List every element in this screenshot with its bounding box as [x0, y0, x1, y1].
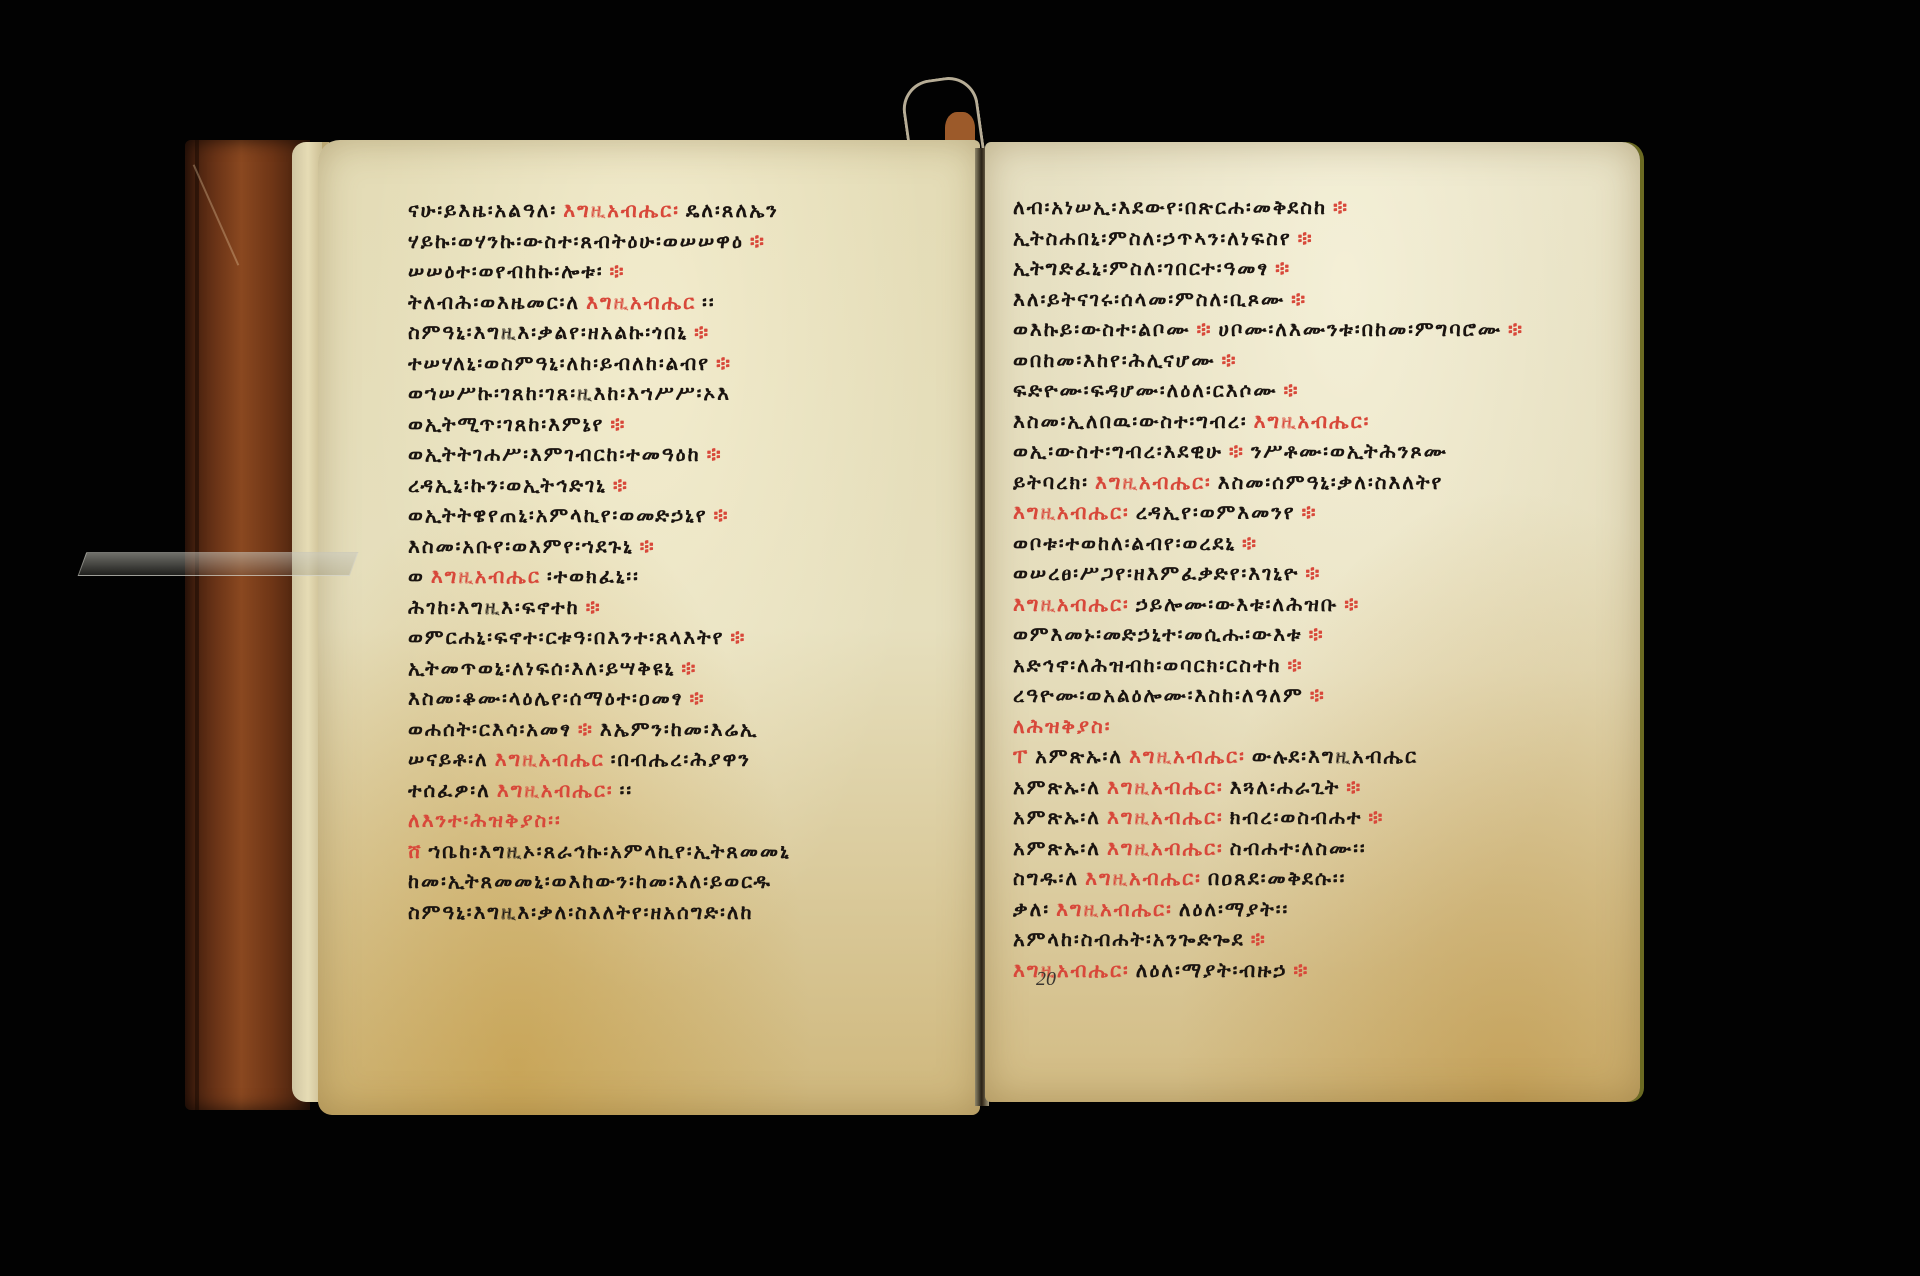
manuscript-line: ሸኀቤከ፡እግዚኦ፡ጸራኅኩ፡አምላኪየ፡ኢትጸመመኒ	[408, 836, 948, 867]
ink-text: ስምዓኒ፡እግዚእ፡ቃልየ፡ዘአልኩ፡ጎበኒ	[408, 323, 688, 341]
rubricated-text: ፨	[578, 720, 594, 738]
ink-text: ክብረ፡ወስብሐተ	[1230, 808, 1363, 826]
manuscript-line: ወእኩይ፡ውስተ፡ልቦሙ፨ሀቦሙ፡ለእሙንቱ፡በከመ፡ምግባሮሙ፨	[1013, 314, 1573, 345]
ink-text: አምጽኡ፡ለ	[1013, 778, 1101, 796]
rubricated-text: እግዚአብሔር፡	[497, 781, 614, 799]
rubricated-text: ፨	[1293, 961, 1309, 979]
rubricated-text: ፨	[1368, 808, 1384, 826]
right-page: ለብ፡አነሠኢ፡እደውየ፡በጽርሐ፡መቅደስከ፨ኢትስሐበኒ፡ምስለ፡ኃጥኣን፡…	[985, 142, 1640, 1102]
rubricated-text: ፨	[714, 506, 730, 524]
rubricated-text: ሸ	[408, 842, 422, 860]
ink-text: በዐጸደ፡መቅደሱ፡፡	[1208, 869, 1347, 887]
rubricated-text: ፨	[750, 232, 766, 250]
right-page-text: ለብ፡አነሠኢ፡እደውየ፡በጽርሐ፡መቅደስከ፨ኢትስሐበኒ፡ምስለ፡ኃጥኣን፡…	[1013, 192, 1573, 985]
manuscript-line: ወእግዚአብሔር፡ተወክፈኒ፡፡	[408, 561, 948, 592]
ink-text: ዴለ፡ጸለኤን	[686, 201, 779, 219]
ink-text: ሠሠዕተ፡ወየብከኩ፡ሎቱ፡	[408, 262, 604, 280]
rubricated-text: ፨	[1309, 625, 1325, 643]
manuscript-line: እስመ፡ኢለበዉ፡ውስተ፡ግብረ፡እግዚአብሔር፡	[1013, 406, 1573, 437]
manuscript-line: ወበከመ፡እከየ፡ሕሊናሆሙ፨	[1013, 345, 1573, 376]
rubricated-text: እግዚአብሔር፡	[1129, 747, 1246, 765]
rubricated-text: እግዚአብሔር፡	[1013, 595, 1130, 613]
rubricated-text: ፨	[689, 689, 705, 707]
left-page: ናሁ፡ይእዜ፡አልዓለ፡እግዚአብሔር፡ዴለ፡ጸለኤንሃይኩ፡ወሃንኩ፡ውስተ፡…	[318, 140, 980, 1115]
manuscript-line: ወኢትትገሐሥ፡እምገብርከ፡ተመዓዕከ፨	[408, 439, 948, 470]
rubricated-text: ፨	[1251, 930, 1267, 948]
rubricated-text: እግዚአብሔር፡	[1095, 473, 1212, 491]
ink-text: ወኢ፡ውስተ፡ግብረ፡እደዊሁ	[1013, 442, 1223, 460]
manuscript-line: ፍድዮሙ፡ፍዳሆሙ፡ለዕለ፡ርእሶሙ፨	[1013, 375, 1573, 406]
ink-text: ወኢትሚጥ፡ገጸከ፡እምኔየ	[408, 415, 604, 433]
manuscript-line: አምጽኡ፡ለእግዚአብሔር፡ክብረ፡ወስብሐተ፨	[1013, 802, 1573, 833]
rubricated-text: ፨	[1508, 320, 1524, 338]
ink-text: ተሰፈዎ፡ለ	[408, 781, 491, 799]
ink-text: እስመ፡ሰምዓኒ፡ቃለ፡ስእለትየ	[1218, 473, 1444, 491]
ink-text: እለ፡ይትናገሩ፡ሰላመ፡ምስለ፡ቢጾሙ	[1013, 290, 1285, 308]
ink-text: እጓለ፡ሐራጊት	[1230, 778, 1341, 796]
rubricated-text: እግዚአብሔር፡	[1056, 900, 1173, 918]
manuscript-line: ወሠረፀ፡ሥጋየ፡ዘእምፈቃድየ፡እገኒዮ፨	[1013, 558, 1573, 589]
rubricated-text: ፨	[681, 659, 697, 677]
manuscript-line: አምጽኡ፡ለእግዚአብሔር፡እጓለ፡ሐራጊት፨	[1013, 772, 1573, 803]
ink-text: ፡፡	[702, 293, 715, 311]
ink-text: ናሁ፡ይእዜ፡አልዓለ፡	[408, 201, 557, 219]
ink-text: ወበከመ፡እከየ፡ሕሊናሆሙ	[1013, 351, 1215, 369]
manuscript-photo: ናሁ፡ይእዜ፡አልዓለ፡እግዚአብሔር፡ዴለ፡ጸለኤንሃይኩ፡ወሃንኩ፡ውስተ፡…	[0, 0, 1920, 1276]
ink-text: ኢትግድፈኒ፡ምስለ፡ገበርተ፡ዓመፃ	[1013, 259, 1269, 277]
left-page-text: ናሁ፡ይእዜ፡አልዓለ፡እግዚአብሔር፡ዴለ፡ጸለኤንሃይኩ፡ወሃንኩ፡ውስተ፡…	[408, 195, 948, 927]
rubricated-text: ፨	[1196, 320, 1212, 338]
ink-text: ከመ፡ኢትጸመመኒ፡ወእከውን፡ከመ፡እለ፡ይወርዱ	[408, 872, 772, 890]
ink-text: ሠናይቶ፡ለ	[408, 750, 489, 768]
manuscript-line: ለእንተ፡ሕዝቅያስ፡፡	[408, 805, 948, 836]
ink-text: ተሠሃለኒ፡ወስምዓኒ፡ለከ፡ይብለከ፡ልብየ	[408, 354, 710, 372]
rubricated-text: ፨	[610, 415, 626, 433]
rubricated-text: ፨	[1305, 564, 1321, 582]
ink-text: ወምርሐኒ፡ፍኖተ፡ርቱዓ፡በእንተ፡ጸላእትየ	[408, 628, 724, 646]
rubricated-text: ፨	[707, 445, 723, 463]
ink-text: ይትባረክ፡	[1013, 473, 1089, 491]
rubricated-text: ፨	[1221, 351, 1237, 369]
ink-text: ወኢትትገሐሥ፡እምገብርከ፡ተመዓዕከ	[408, 445, 701, 463]
page-number: 20	[1036, 968, 1056, 991]
rubricated-text: ፨	[1346, 778, 1362, 796]
rubricated-text: እግዚአብሔር	[586, 293, 696, 311]
rubricated-text: ፨	[1283, 381, 1299, 399]
ink-text: አምጽኡ፡ለ	[1035, 747, 1123, 765]
rubricated-text: እግዚአብሔር	[495, 750, 605, 768]
manuscript-line: ኢትስሐበኒ፡ምስለ፡ኃጥኣን፡ለነፍስየ፨	[1013, 223, 1573, 254]
rubricated-text: ፨	[1287, 656, 1303, 674]
manuscript-line: ወኀሠሥኩ፡ገጸከ፡ገጸ፡ዚእከ፡እኀሥሥ፡ኦእ	[408, 378, 948, 409]
ink-text: ስብሐተ፡ለስሙ፡፡	[1230, 839, 1367, 857]
ink-text: ወቦቱ፡ተወከለ፡ልብየ፡ወረደኒ	[1013, 534, 1236, 552]
manuscript-line: ወቦቱ፡ተወከለ፡ልብየ፡ወረደኒ፨	[1013, 528, 1573, 559]
rubricated-text: እግዚአብሔር፡	[1107, 839, 1224, 857]
manuscript-line: ረዳኢኒ፡ኩን፡ወኢትኅድገኒ፨	[408, 470, 948, 501]
ink-text: ቃለ፡	[1013, 900, 1050, 918]
rubricated-text: ፨	[1298, 229, 1314, 247]
manuscript-line: ወኢትትዌየጠኒ፡አምላኪየ፡ወመድኃኒየ፨	[408, 500, 948, 531]
rubricated-text: እግዚአብሔር	[431, 567, 541, 585]
rubricated-text: ለእንተ፡ሕዝቅያስ፡፡	[408, 811, 562, 829]
manuscript-line: ረዓዮሙ፡ወአልዕሎሙ፡እስከ፡ለዓለም፨	[1013, 680, 1573, 711]
manuscript-line: አምጽኡ፡ለእግዚአብሔር፡ስብሐተ፡ለስሙ፡፡	[1013, 833, 1573, 864]
manuscript-line: ኢትግድፈኒ፡ምስለ፡ገበርተ፡ዓመፃ፨	[1013, 253, 1573, 284]
manuscript-line: ስምዓኒ፡እግዚእ፡ቃልየ፡ዘአልኩ፡ጎበኒ፨	[408, 317, 948, 348]
ink-text: ረዳኢኒ፡ኩን፡ወኢትኅድገኒ	[408, 476, 607, 494]
rubricated-text: ፨	[1344, 595, 1360, 613]
rubricated-text: ፨	[1275, 259, 1291, 277]
manuscript-line: ወኢትሚጥ፡ገጸከ፡እምኔየ፨	[408, 409, 948, 440]
manuscript-line: ከመ፡ኢትጸመመኒ፡ወእከውን፡ከመ፡እለ፡ይወርዱ	[408, 866, 948, 897]
manuscript-line: ለሕዝቅያስ፡	[1013, 711, 1573, 742]
acrylic-page-holder	[78, 552, 359, 576]
manuscript-line: ይትባረክ፡እግዚአብሔር፡እስመ፡ሰምዓኒ፡ቃለ፡ስእለትየ	[1013, 467, 1573, 498]
ink-text: ኢትመጥወኒ፡ለነፍሰ፡እለ፡ይሣቅዩኒ	[408, 659, 675, 677]
ink-text: ፡በብሔረ፡ሕያዋን	[611, 750, 751, 768]
ink-text: ለብ፡አነሠኢ፡እደውየ፡በጽርሐ፡መቅደስከ	[1013, 198, 1327, 216]
ink-text: ፍድዮሙ፡ፍዳሆሙ፡ለዕለ፡ርእሶሙ	[1013, 381, 1277, 399]
rubricated-text: እግዚአብሔር፡	[1013, 961, 1130, 979]
ink-text: ሃይኩ፡ወሃንኩ፡ውስተ፡ጸብትዕሁ፡ወሠሠዋዕ	[408, 232, 744, 250]
manuscript-line: ወሐሰት፡ርእሳ፡አመፃ፨እኤምን፡ከመ፡እሬኢ	[408, 714, 948, 745]
manuscript-line: ሕገከ፡እግዚእ፡ፍኖተከ፨	[408, 592, 948, 623]
ink-text: ኃይሎሙ፡ውእቱ፡ለሕዝቡ	[1136, 595, 1338, 613]
manuscript-line: እስመ፡አቡየ፡ወእምየ፡ኀደጉኒ፨	[408, 531, 948, 562]
rubricated-text: ፨	[640, 537, 656, 555]
manuscript-line: አድኅኖ፡ለሕዝብከ፡ወባርክ፡ርስተከ፨	[1013, 650, 1573, 681]
manuscript-line: ስምዓኒ፡እግዚእ፡ቃለ፡ስእለትየ፡ዘአሰግድ፡ለከ	[408, 897, 948, 928]
manuscript-line: ስግዱ፡ለእግዚአብሔር፡በዐጸደ፡መቅደሱ፡፡	[1013, 863, 1573, 894]
rubricated-text: እግዚአብሔር፡	[1107, 808, 1224, 826]
manuscript-line: ፐአምጽኡ፡ለእግዚአብሔር፡ውሉደ፡እግዚአብሔር	[1013, 741, 1573, 772]
rubricated-text: እግዚአብሔር፡	[563, 201, 680, 219]
rubricated-text: ፨	[1229, 442, 1245, 460]
manuscript-line: እግዚአብሔር፡ረዳኢየ፡ወምእመንየ፨	[1013, 497, 1573, 528]
manuscript-line: ሃይኩ፡ወሃንኩ፡ውስተ፡ጸብትዕሁ፡ወሠሠዋዕ፨	[408, 226, 948, 257]
ink-text: ለዕለ፡ማያት፡፡	[1179, 900, 1289, 918]
manuscript-line: ወምእመኑ፡መድኃኒተ፡መሲሑ፡ውእቱ፨	[1013, 619, 1573, 650]
rubricated-text: ፨	[694, 323, 710, 341]
rubricated-text: ፨	[586, 598, 602, 616]
ink-text: አምላከ፡ስብሐት፡አንጐድጐደ	[1013, 930, 1245, 948]
ink-text: ፡ተወክፈኒ፡፡	[547, 567, 640, 585]
ink-text: ረዓዮሙ፡ወአልዕሎሙ፡እስከ፡ለዓለም	[1013, 686, 1304, 704]
manuscript-line: ተሰፈዎ፡ለእግዚአብሔር፡፡፡	[408, 775, 948, 806]
rubricated-text: ፨	[1310, 686, 1326, 704]
rubricated-text: እግዚአብሔር፡	[1013, 503, 1130, 521]
manuscript-line: ተሠሃለኒ፡ወስምዓኒ፡ለከ፡ይብለከ፡ልብየ፨	[408, 348, 948, 379]
manuscript-line: ወምርሐኒ፡ፍኖተ፡ርቱዓ፡በእንተ፡ጸላእትየ፨	[408, 622, 948, 653]
ink-text: ኀቤከ፡እግዚኦ፡ጸራኅኩ፡አምላኪየ፡ኢትጸመመኒ	[428, 842, 790, 860]
manuscript-line: ኢትመጥወኒ፡ለነፍሰ፡እለ፡ይሣቅዩኒ፨	[408, 653, 948, 684]
ink-text: ኢትስሐበኒ፡ምስለ፡ኃጥኣን፡ለነፍስየ	[1013, 229, 1292, 247]
ink-text: እስመ፡አቡየ፡ወእምየ፡ኀደጉኒ	[408, 537, 634, 555]
rubricated-text: ፨	[1242, 534, 1258, 552]
rubricated-text: ፨	[610, 262, 626, 280]
ink-text: ትለብሕ፡ወእዜመር፡ለ	[408, 293, 580, 311]
ink-text: ወኢትትዌየጠኒ፡አምላኪየ፡ወመድኃኒየ	[408, 506, 708, 524]
ink-text: ወሐሰት፡ርእሳ፡አመፃ	[408, 720, 572, 738]
ink-text: ወእኩይ፡ውስተ፡ልቦሙ	[1013, 320, 1190, 338]
manuscript-line: ሠናይቶ፡ለእግዚአብሔር፡በብሔረ፡ሕያዋን	[408, 744, 948, 775]
ink-text: እስመ፡ቆሙ፡ላዕሌየ፡ሰማዕተ፡ዐመፃ	[408, 689, 683, 707]
manuscript-line: ሠሠዕተ፡ወየብከኩ፡ሎቱ፡፨	[408, 256, 948, 287]
manuscript-line: ትለብሕ፡ወእዜመር፡ለእግዚአብሔር፡፡	[408, 287, 948, 318]
ink-text: ወምእመኑ፡መድኃኒተ፡መሲሑ፡ውእቱ	[1013, 625, 1303, 643]
manuscript-line: እግዚአብሔር፡ለዕለ፡ማያት፡ብዙኃ፨	[1013, 955, 1573, 986]
ink-text: ለዕለ፡ማያት፡ብዙኃ	[1136, 961, 1288, 979]
rubricated-text: እግዚአብሔር፡	[1107, 778, 1224, 796]
ink-text: ሕገከ፡እግዚእ፡ፍኖተከ	[408, 598, 580, 616]
ink-text: ስግዱ፡ለ	[1013, 869, 1079, 887]
ink-text: ንሥቶሙ፡ወኢትሕንጾሙ	[1251, 442, 1448, 460]
ink-text: ወሠረፀ፡ሥጋየ፡ዘእምፈቃድየ፡እገኒዮ	[1013, 564, 1299, 582]
ink-text: ስምዓኒ፡እግዚእ፡ቃለ፡ስእለትየ፡ዘአሰግድ፡ለከ	[408, 903, 754, 921]
manuscript-line: እግዚአብሔር፡ኃይሎሙ፡ውእቱ፡ለሕዝቡ፨	[1013, 589, 1573, 620]
ink-text: ፡፡	[620, 781, 633, 799]
rubricated-text: ፨	[1333, 198, 1349, 216]
manuscript-line: እለ፡ይትናገሩ፡ሰላመ፡ምስለ፡ቢጾሙ፨	[1013, 284, 1573, 315]
ink-text: አምጽኡ፡ለ	[1013, 808, 1101, 826]
rubricated-text: ፨	[730, 628, 746, 646]
ink-text: እስመ፡ኢለበዉ፡ውስተ፡ግብረ፡	[1013, 412, 1248, 430]
manuscript-line: ናሁ፡ይእዜ፡አልዓለ፡እግዚአብሔር፡ዴለ፡ጸለኤን	[408, 195, 948, 226]
ink-text: አድኅኖ፡ለሕዝብከ፡ወባርክ፡ርስተከ	[1013, 656, 1281, 674]
rubricated-text: እግዚአብሔር፡	[1085, 869, 1202, 887]
manuscript-line: አምላከ፡ስብሐት፡አንጐድጐደ፨	[1013, 924, 1573, 955]
rubricated-text: እግዚአብሔር፡	[1254, 412, 1371, 430]
rubricated-text: ፨	[716, 354, 732, 372]
ink-text: ወ	[408, 567, 425, 585]
rubricated-text: ፨	[1302, 503, 1318, 521]
manuscript-line: ወኢ፡ውስተ፡ግብረ፡እደዊሁ፨ንሥቶሙ፡ወኢትሕንጾሙ	[1013, 436, 1573, 467]
ink-text: ሀቦሙ፡ለእሙንቱ፡በከመ፡ምግባሮሙ	[1219, 320, 1503, 338]
ink-text: እኤምን፡ከመ፡እሬኢ	[600, 720, 758, 738]
rubricated-text: ፐ	[1013, 747, 1029, 765]
ink-text: ረዳኢየ፡ወምእመንየ	[1136, 503, 1296, 521]
ink-text: ውሉደ፡እግዚአብሔር	[1252, 747, 1418, 765]
rubricated-text: ፨	[613, 476, 629, 494]
manuscript-line: ቃለ፡እግዚአብሔር፡ለዕለ፡ማያት፡፡	[1013, 894, 1573, 925]
rubricated-text: ለሕዝቅያስ፡	[1013, 717, 1111, 735]
rubricated-text: ፨	[1291, 290, 1307, 308]
ink-text: አምጽኡ፡ለ	[1013, 839, 1101, 857]
manuscript-line: ለብ፡አነሠኢ፡እደውየ፡በጽርሐ፡መቅደስከ፨	[1013, 192, 1573, 223]
ink-text: ወኀሠሥኩ፡ገጸከ፡ገጸ፡ዚእከ፡እኀሥሥ፡ኦእ	[408, 384, 731, 402]
manuscript-line: እስመ፡ቆሙ፡ላዕሌየ፡ሰማዕተ፡ዐመፃ፨	[408, 683, 948, 714]
